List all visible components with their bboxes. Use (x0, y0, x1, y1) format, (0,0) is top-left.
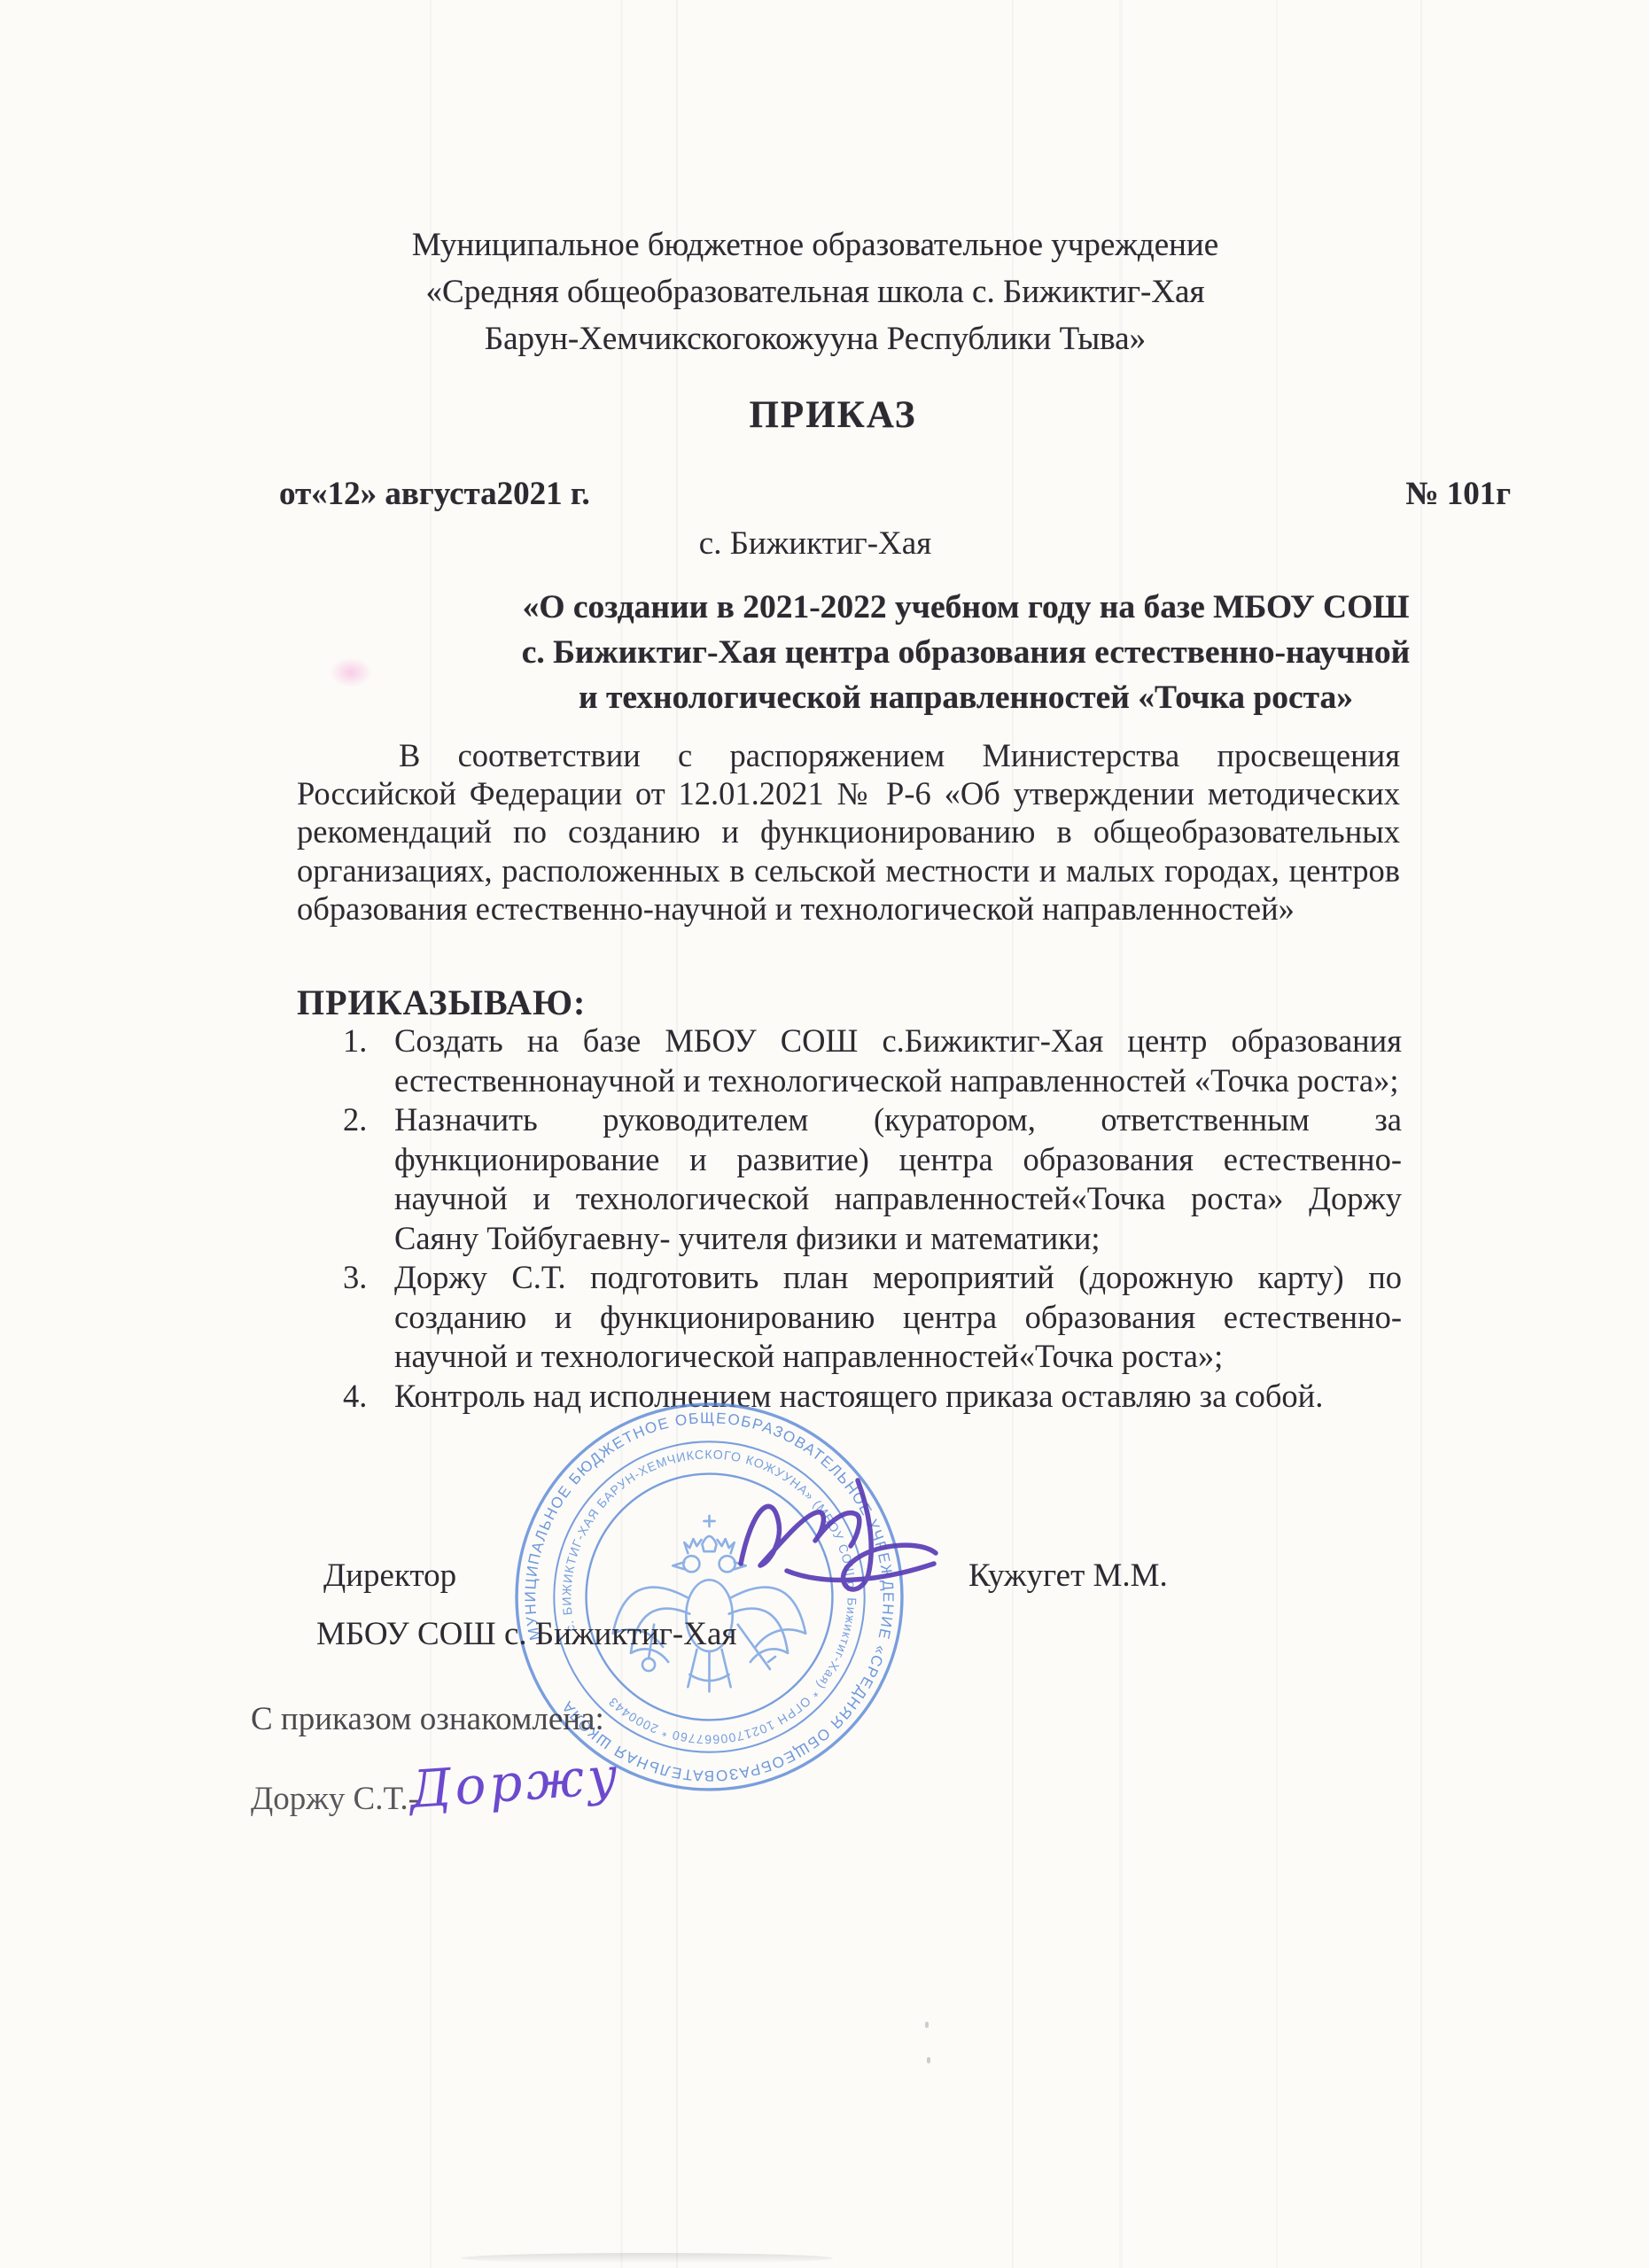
subject-line-3: и технологической направленностей «Точка… (337, 675, 1595, 720)
document-date: от«12» августа2021 г. (279, 475, 590, 513)
order-items-list: Создать на базе МБОУ СОШ с.Бижиктиг-Хая … (297, 1021, 1402, 1416)
order-item: Создать на базе МБОУ СОШ с.Бижиктиг-Хая … (297, 1021, 1402, 1100)
director-label: Директор (323, 1557, 456, 1595)
org-header-line-3: Барун-Хемчикскогокожууна Республики Тыва… (27, 315, 1604, 362)
scan-smudge (461, 2253, 833, 2264)
acknowledgement-person: Доржу С.Т.- (251, 1780, 419, 1818)
document-number: № 101г (1405, 475, 1511, 513)
subject-line-1: «О создании в 2021-2022 учебном году на … (337, 585, 1595, 630)
scan-speck (925, 2022, 929, 2028)
order-item: Доржу С.Т. подготовить план мероприятий … (297, 1258, 1402, 1377)
order-heading: ПРИКАЗЫВАЮ: (297, 982, 586, 1023)
document-title: ПРИКАЗ (0, 393, 1649, 437)
director-signature-stroke (725, 1457, 982, 1621)
org-header: Муниципальное бюджетное образовательное … (27, 221, 1604, 362)
director-name: Кужугет М.М. (968, 1557, 1168, 1595)
acknowledgement-label: С приказом ознакомлена: (251, 1700, 604, 1738)
document-place: с. Бижиктиг-Хая (0, 524, 1630, 563)
org-header-line-2: «Средняя общеобразовательная школа с. Би… (27, 268, 1604, 315)
order-item: Назначить руководителем (куратором, отве… (297, 1100, 1402, 1258)
scan-speck (927, 2057, 930, 2063)
subject-line-2: с. Бижиктиг-Хая центра образования естес… (337, 630, 1595, 675)
org-header-line-1: Муниципальное бюджетное образовательное … (27, 221, 1604, 268)
director-signature (725, 1457, 982, 1621)
director-org: МБОУ СОШ с. Бижиктиг-Хая (316, 1615, 736, 1653)
acknowledgement-handwritten-signature: Доржу (408, 1745, 623, 1820)
document-subject: «О создании в 2021-2022 учебном году на … (337, 585, 1595, 720)
document-meta-row: от«12» августа2021 г. № 101г (279, 475, 1511, 513)
scanned-order-document: Муниципальное бюджетное образовательное … (0, 0, 1649, 2268)
intro-paragraph: В соответствии с распоряжением Министерс… (297, 736, 1400, 928)
